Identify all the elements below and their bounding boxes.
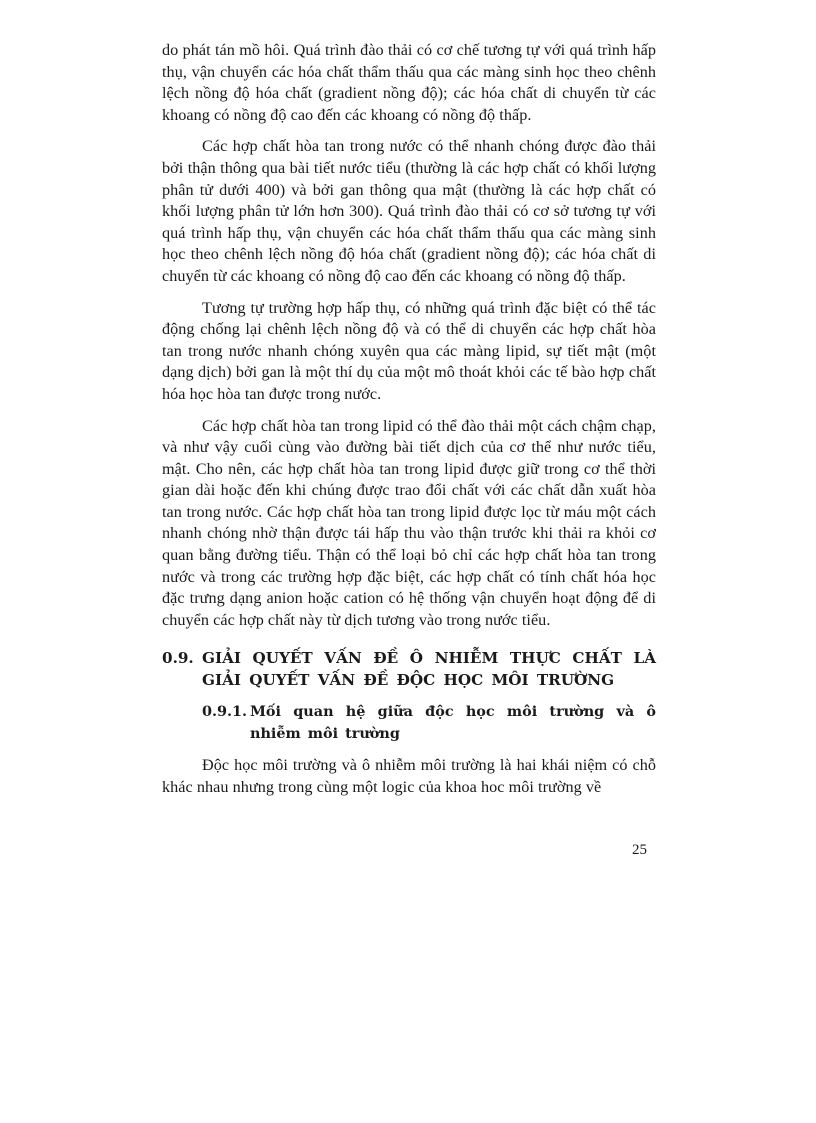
paragraph-2: Các hợp chất hòa tan trong nước có thể n… bbox=[162, 136, 656, 287]
document-page: do phát tán mồ hôi. Quá trình đào thải c… bbox=[162, 40, 656, 809]
section-heading: 0.9. GIẢI QUYẾT VẤN ĐỀ Ô NHIỄM THỰC CHẤT… bbox=[162, 647, 656, 691]
subsection-title: Mối quan hệ giữa độc học môi trường và ô… bbox=[250, 701, 656, 745]
subsection-heading: 0.9.1. Mối quan hệ giữa độc học môi trườ… bbox=[202, 701, 656, 745]
paragraph-4: Các hợp chất hòa tan trong lipid có thể … bbox=[162, 416, 656, 632]
paragraph-3: Tương tự trường hợp hấp thụ, có những qu… bbox=[162, 298, 656, 406]
page-number: 25 bbox=[632, 842, 647, 859]
subsection-number: 0.9.1. bbox=[202, 701, 250, 745]
section-number: 0.9. bbox=[162, 647, 202, 691]
paragraph-1: do phát tán mồ hôi. Quá trình đào thải c… bbox=[162, 40, 656, 126]
paragraph-5: Độc học môi trường và ô nhiễm môi trường… bbox=[162, 755, 656, 798]
section-title: GIẢI QUYẾT VẤN ĐỀ Ô NHIỄM THỰC CHẤT LÀ G… bbox=[202, 647, 656, 691]
